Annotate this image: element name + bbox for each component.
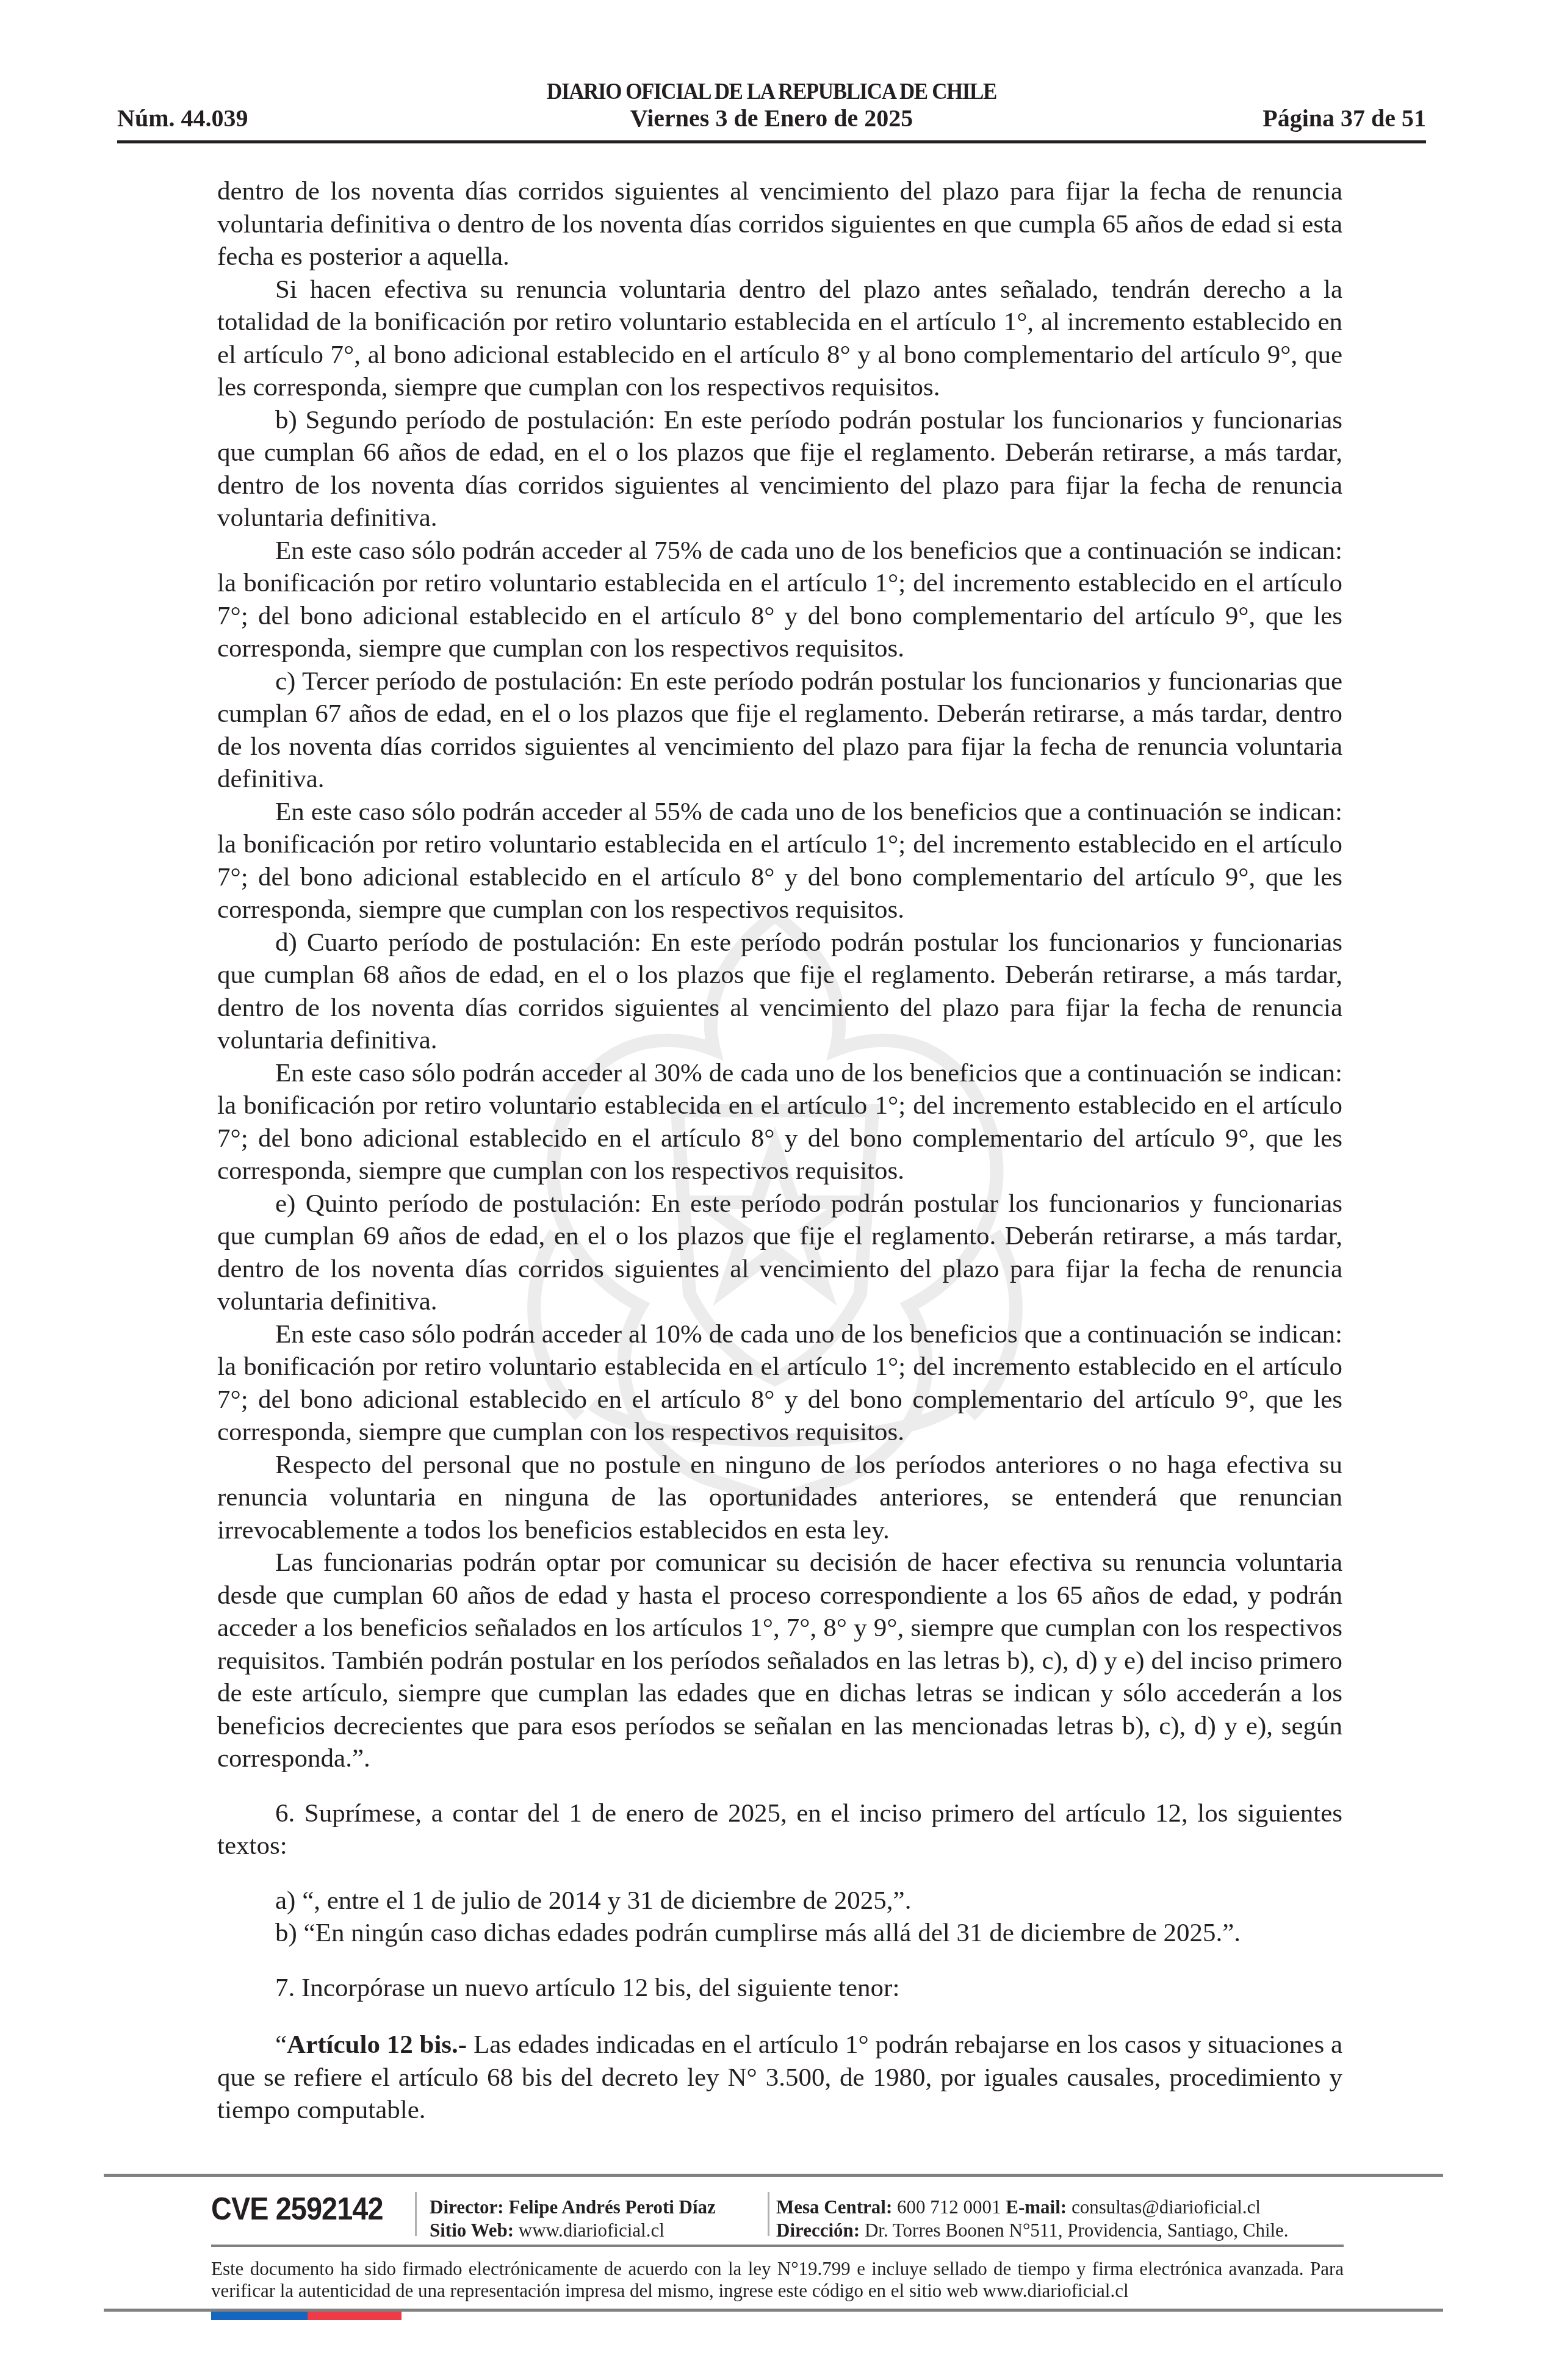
phone-number: 600 712 0001: [892, 2196, 1006, 2218]
footer-vertical-divider: [415, 2192, 417, 2236]
email-link[interactable]: consultas@diarioficial.cl: [1067, 2196, 1261, 2218]
header-divider: [117, 140, 1426, 143]
flag-stripe-red: [308, 2312, 402, 2320]
address-label: Dirección:: [776, 2220, 860, 2241]
paragraph: En este caso sólo podrán acceder al 55% …: [217, 796, 1342, 926]
signature-disclaimer: Este documento ha sido firmado electróni…: [211, 2258, 1344, 2302]
paragraph: Respecto del personal que no postule en …: [217, 1449, 1342, 1547]
paragraph: d) Cuarto período de postulación: En est…: [217, 926, 1342, 1057]
footer-director-block: Director: Felipe Andrés Peroti Díaz Siti…: [430, 2196, 716, 2242]
paragraph: c) Tercer período de postulación: En est…: [217, 665, 1342, 796]
document-body: dentro de los noventa días corridos sigu…: [217, 175, 1342, 2127]
list-item-a: a) “, entre el 1 de julio de 2014 y 31 d…: [217, 1884, 1342, 1917]
footer-divider-top: [104, 2174, 1443, 2177]
paragraph: En este caso sólo podrán acceder al 30% …: [217, 1057, 1342, 1188]
website-label: Sitio Web:: [430, 2220, 514, 2241]
paragraph-item-7: 7. Incorpórase un nuevo artículo 12 bis,…: [217, 1972, 1342, 2005]
opening-quote: “: [275, 2030, 287, 2059]
website-link[interactable]: www.diarioficial.cl: [514, 2220, 665, 2241]
cve-code: CVE 2592142: [211, 2191, 383, 2227]
paragraph-item-6: 6. Suprímese, a contar del 1 de enero de…: [217, 1797, 1342, 1863]
paragraph: Las funcionarias podrán optar por comuni…: [217, 1546, 1342, 1775]
director-label: Director:: [430, 2196, 504, 2218]
article-12-bis: “Artículo 12 bis.- Las edades indicadas …: [217, 2028, 1342, 2127]
director-name: Felipe Andrés Peroti Díaz: [504, 2196, 716, 2218]
footer-contact-block: Mesa Central: 600 712 0001 E-mail: consu…: [776, 2196, 1289, 2242]
paragraph: e) Quinto período de postulación: En est…: [217, 1188, 1342, 1318]
issue-date: Viernes 3 de Enero de 2025: [117, 104, 1426, 132]
footer-divider-middle: [211, 2245, 1344, 2247]
paragraph: En este caso sólo podrán acceder al 75% …: [217, 535, 1342, 665]
paragraph: dentro de los noventa días corridos sigu…: [217, 175, 1342, 273]
paragraph: En este caso sólo podrán acceder al 10% …: [217, 1318, 1342, 1449]
paragraph: b) Segundo período de postulación: En es…: [217, 404, 1342, 535]
list-item-b: b) “En ningún caso dichas edades podrán …: [217, 1917, 1342, 1950]
publication-title: DIARIO OFICIAL DE LA REPUBLICA DE CHILE: [170, 78, 1374, 105]
phone-label: Mesa Central:: [776, 2196, 892, 2218]
footer-vertical-divider: [768, 2192, 769, 2236]
email-label: E-mail:: [1006, 2196, 1067, 2218]
page-indicator: Página 37 de 51: [1262, 104, 1426, 132]
flag-stripe-blue: [211, 2312, 308, 2320]
paragraph: Si hacen efectiva su renuncia voluntaria…: [217, 273, 1342, 404]
article-heading: Artículo 12 bis.-: [287, 2030, 467, 2059]
address-value: Dr. Torres Boonen N°511, Providencia, Sa…: [860, 2220, 1288, 2241]
